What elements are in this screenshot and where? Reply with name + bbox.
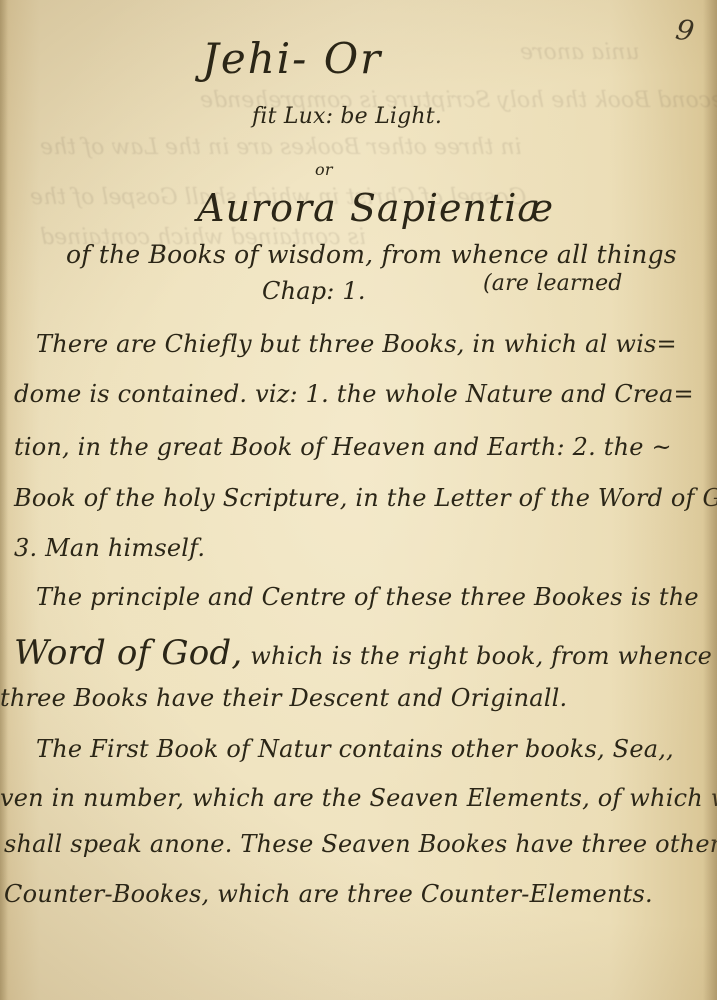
body-line: dome is contained. viz: 1. the whole Nat…: [14, 380, 694, 408]
body-line: Word of God, which is the right book, fr…: [14, 633, 717, 673]
manuscript-page: unia anore The Second Book the holy Scri…: [0, 0, 717, 1000]
description-continuation: (are learned: [483, 271, 623, 296]
page-title: Jehi- Or: [202, 34, 382, 83]
body-line-text: which is the right book, from whence the…: [250, 642, 717, 670]
body-line: Counter-Bookes, which are three Counter-…: [4, 880, 653, 908]
emphasized-phrase: Word of God,: [14, 633, 242, 673]
body-line: tion, in the great Book of Heaven and Ea…: [14, 433, 672, 461]
latin-title: Aurora Sapientiæ: [197, 186, 554, 230]
folio-number: 9: [673, 13, 696, 49]
body-line: The First Book of Natur contains other b…: [36, 735, 674, 763]
title-translation: fit Lux: be Light.: [252, 104, 442, 129]
body-line: shall speak anone. These Seaven Bookes h…: [4, 830, 717, 858]
body-line: Book of the holy Scripture, in the Lette…: [14, 484, 717, 512]
body-line: 3. Man himself.: [14, 534, 205, 562]
chapter-heading: Chap: 1.: [262, 277, 366, 305]
body-line: three Books have their Descent and Origi…: [0, 684, 567, 712]
body-line: There are Chiefly but three Books, in wh…: [36, 330, 677, 358]
title-connector: or: [315, 160, 333, 179]
show-through-text: unia anore: [520, 40, 640, 65]
show-through-text: in three other Bookes are in the Law of …: [40, 135, 522, 160]
body-line: The principle and Centre of these three …: [36, 583, 699, 611]
title-description: of the Books of wisdom, from whence all …: [66, 240, 677, 269]
body-line: ven in number, which are the Seaven Elem…: [0, 784, 717, 812]
